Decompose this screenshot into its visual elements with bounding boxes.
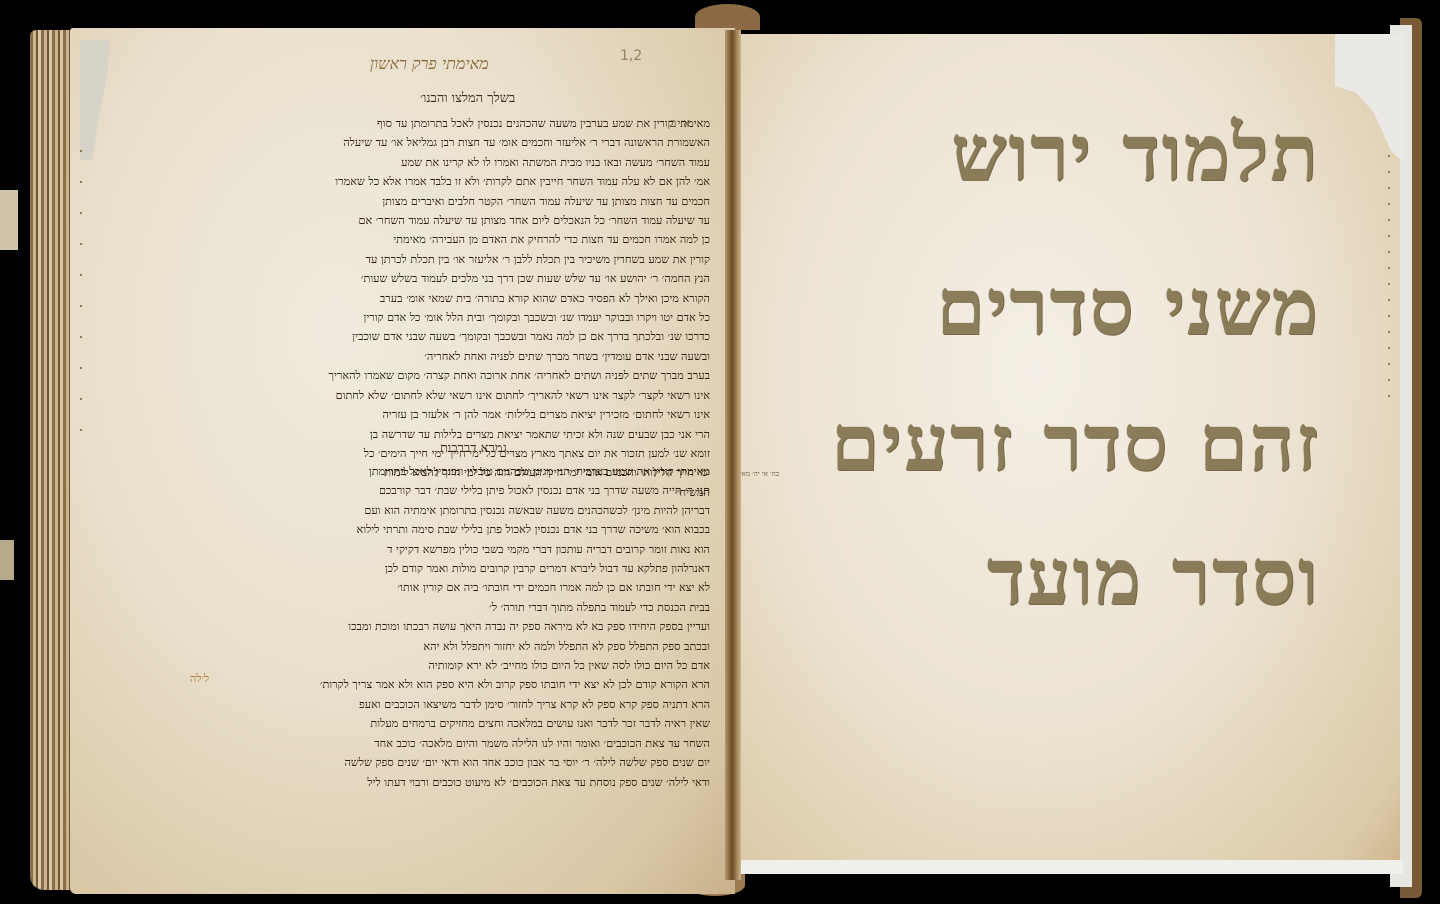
text-line: חכמים עד חצות מצותן עד שיעלה עמוד השחר׳ …	[210, 192, 710, 211]
gemara-text: מאימתי קורין את שמע בערבית׳ תני מגינן שכ…	[210, 462, 710, 792]
text-line: בערב מברך שתים לפניה ושתים לאחריה׳ אחת א…	[210, 366, 710, 385]
text-line: כל אדם יטו ויקרו ובבוקר יעמדו שנ׳ ובשכבך…	[210, 308, 710, 327]
text-line: ובכתב ספק התפלל ספק לא התפלל ולמה לא יחז…	[210, 637, 710, 656]
text-line: בכבוא הוא׳ משיכה שדרך בני אדם נכנסין לאכ…	[210, 520, 710, 539]
section-heading: גמרא דברכות	[440, 440, 507, 456]
text-line: כן למה אמרו חכמים עד חצות כדי להרחיק את …	[210, 230, 710, 249]
text-line: דאנרלהון פתלקא עד דבול ליברא דמרים קרבין…	[210, 559, 710, 578]
text-line: השחר עד צאת הכוכבים׳ ואומר והיו לנו הליל…	[210, 734, 710, 753]
display-title-line: וסדר מועד	[760, 532, 1320, 623]
text-line: עמוד השחר׳ מעשה ובאו בניו מבית המשתה ואמ…	[210, 153, 710, 172]
text-line: אינו רשאי לקצר׳ לקצר אינו רשאי להאריך׳ ל…	[210, 386, 710, 405]
text-line: שאין ראיה לדבר זכר לדבר ואנו עושים במלאכ…	[210, 714, 710, 733]
text-line: אמ׳ להן אם לא עלה עמוד השחר חייבין אתם ל…	[210, 172, 710, 191]
chapter-title: בשלך המלצו והבנו׳	[420, 90, 515, 106]
text-line: דבריהן להיות מינן׳ לכשהכהנים משעה שבאשה …	[210, 501, 710, 520]
text-line: מאימתי קורין את שמע בערבין משעה שהכהנים …	[210, 114, 710, 133]
running-head: מאימתי פרק ראשון	[370, 54, 489, 74]
text-line: הרא דתניה ספק קרא ספק לא קרא צריך לחזור׳…	[210, 695, 710, 714]
text-line: עד שיעלה עמוד השחר׳ כל הנאכלים ליום אחד …	[210, 211, 710, 230]
headband-top	[695, 4, 760, 30]
text-line: האשמורת הראשונה דברי ר׳ אליעזר וחכמים או…	[210, 133, 710, 152]
display-title-line: משני סדרים	[760, 262, 1320, 353]
text-line: הקורא מיכן ואילך לא הפסיד כאדם שהוא קורא…	[210, 289, 710, 308]
text-line: קורין את שמע בשחרין משיכיר בין תכלת ללבן…	[210, 250, 710, 269]
text-line: כדרכו שנ׳ ובלכתך בדרך אם כן למה נאמר ובש…	[210, 327, 710, 346]
text-line: הנץ החמה׳ ר׳ יהושע או׳ עד שלש שעות שכן ד…	[210, 269, 710, 288]
text-line: הרא הקורא קודם לכן לא יצא ידי חובתו ספק …	[210, 675, 710, 694]
text-line: ובשעה שבני אדם עומדין׳ בשחר מברך שתים לפ…	[210, 347, 710, 366]
flyleaf-bottom-edge	[738, 860, 1403, 874]
display-title-line: זהם סדר זרעים	[760, 398, 1320, 489]
text-line: לא יצא ידי חובתו אם כן למה אמרו חכמים יד…	[210, 578, 710, 597]
text-line: מאימתי קורין את שמע בערבית׳ תני מגינן שכ…	[210, 462, 710, 481]
binding-tab	[0, 540, 14, 580]
text-line: אדם כל היום כולו לסה שאין כל היום כולו מ…	[210, 656, 710, 675]
gutter	[725, 30, 741, 880]
text-line: אינו רשאי לחתום׳ מזכירין יציאת מצרים בלי…	[210, 405, 710, 424]
text-line: ודאי לילה׳ שנים ספק נוסחת עד צאת הכוכבים…	[210, 773, 710, 792]
display-title-line: תלמוד ירוש	[760, 108, 1320, 199]
text-line: יום שנים ספק שלשה לילה׳ ר׳ יוסי בר אבון …	[210, 753, 710, 772]
folio-number: 1,2	[620, 48, 642, 64]
margin-note: ל׳לה	[190, 672, 209, 685]
text-line: בבית הכנסת כדי לעמוד בתפלה מתוך דברי תור…	[210, 598, 710, 617]
text-line: ועדיין בספק היחידו ספק בא לא מיראה ספק י…	[210, 617, 710, 636]
binding-tab	[0, 190, 18, 250]
text-line: הוא נאות זומר קרובים דבריה עותכון דברי מ…	[210, 540, 710, 559]
text-line: תני ר׳ חייה משעה שדרך בני אדם נכנסין לאכ…	[210, 481, 710, 500]
